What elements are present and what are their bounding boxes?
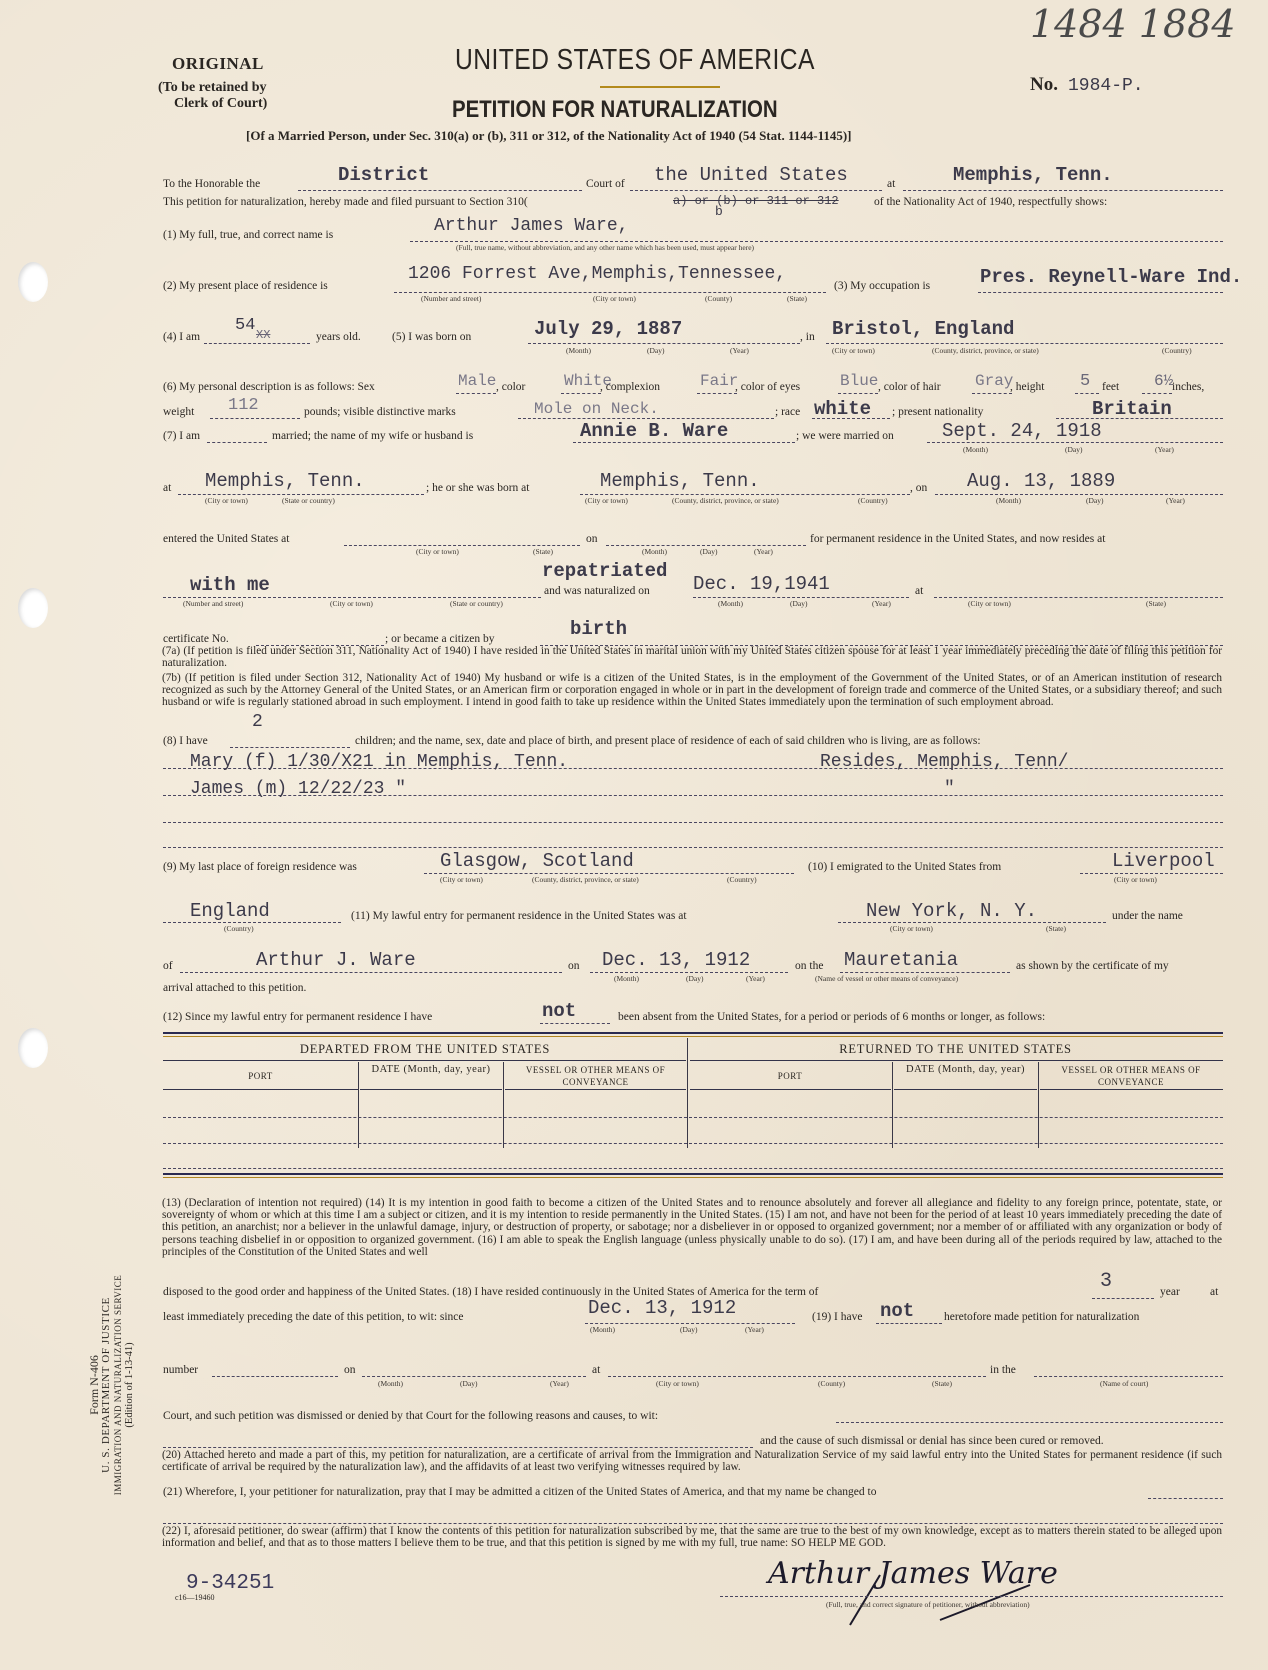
caption: (State or country) (450, 599, 503, 608)
since-date-value: Dec. 13, 1912 (588, 1297, 736, 1319)
caption: (Year) (746, 974, 765, 983)
caption: (State) (1046, 924, 1066, 933)
caption: (Year) (872, 599, 891, 608)
absent-value: not (542, 1000, 576, 1022)
item7-label: (7) I am (163, 430, 200, 442)
caption: (State) (1146, 599, 1166, 608)
arrival-label: arrival attached to this petition. (163, 982, 306, 994)
entered-on-field[interactable] (606, 545, 806, 546)
married-on-label: ; we were married on (796, 430, 894, 442)
children-count-value: 2 (252, 712, 263, 732)
item7a-text: (7a) (If petition is filed under Section… (162, 645, 1222, 669)
table-row[interactable] (163, 1117, 1223, 1118)
caption: (City or town) (832, 346, 875, 355)
caption: (Year) (745, 1325, 764, 1334)
child-2-residence: " (944, 779, 955, 799)
hair-value: Gray (975, 372, 1013, 390)
retained-note-1: (To be retained by (158, 80, 267, 96)
spouse-born-at-value: Memphis, Tenn. (600, 470, 760, 492)
color-label: , color (496, 381, 525, 393)
height-feet-field[interactable] (1075, 393, 1099, 394)
caption: (Day) (1065, 445, 1083, 454)
form-id-block: Form N-406 U. S. DEPARTMENT OF JUSTICE I… (88, 1265, 136, 1505)
court-at-label: at (887, 178, 895, 190)
statute-line: [Of a Married Person, under Sec. 310(a) … (246, 128, 852, 144)
returned-header: RETURNED TO THE UNITED STATES (688, 1042, 1223, 1057)
inches-label: inches, (1172, 381, 1204, 393)
col-header-date: DATE (Month, day, year) (893, 1064, 1038, 1076)
sex-value: Male (458, 372, 496, 390)
retained-note-2: Clerk of Court) (174, 96, 267, 112)
caption: (City or town) (656, 1379, 699, 1388)
item1-caption: (Full, true name, without abbreviation, … (456, 243, 754, 252)
child-2-entry: James (m) 12/22/23 " (190, 779, 406, 799)
sex-field[interactable] (456, 393, 496, 394)
document-title: UNITED STATES OF AMERICA (455, 44, 815, 77)
married-on-value: Sept. 24, 1918 (942, 420, 1102, 442)
child-1-entry: Mary (f) 1/30/X21 in Memphis, Tenn. (190, 752, 568, 772)
residence-term-field[interactable] (1092, 1298, 1154, 1299)
caption: (Year) (1155, 445, 1174, 454)
caption: (Month) (590, 1325, 615, 1334)
entry-place-field[interactable] (838, 922, 1106, 923)
item3-label: (3) My occupation is (834, 280, 930, 292)
spouse-born-at-field[interactable] (580, 494, 910, 495)
age-field[interactable] (204, 343, 310, 344)
item12-label: (12) Since my lawful entry for permanent… (163, 1011, 432, 1023)
entry-name-field[interactable] (180, 972, 562, 973)
child-row-4[interactable] (163, 847, 1223, 848)
married-at-label: at (163, 482, 171, 494)
form-number: Form N-406 (88, 1265, 100, 1505)
item6-label: (6) My personal description is as follow… (163, 381, 375, 393)
caption: (Month) (718, 599, 743, 608)
feet-label: feet (1102, 381, 1119, 393)
title-underline (600, 86, 720, 88)
caption: (County, district, province, or state) (532, 875, 639, 884)
naturalized-on-value: Dec. 19,1941 (693, 573, 830, 595)
caption: (Number and street) (421, 294, 481, 303)
weight-label: weight (163, 406, 194, 418)
caption: (Day) (647, 346, 665, 355)
caption: (Number and street) (183, 599, 243, 608)
caption: (Day) (680, 1325, 698, 1334)
citizen-by-label: ; or became a citizen by (385, 633, 495, 645)
item19-label: (19) I have (812, 1311, 862, 1323)
item4-label: (4) I am (163, 331, 200, 343)
item4-suffix: years old. (316, 331, 361, 343)
dismissed-court-text: Court, and such petition was dismissed o… (163, 1410, 658, 1422)
birth-date-field[interactable] (528, 343, 800, 344)
occupation-field[interactable] (978, 292, 1223, 293)
shown-label: as shown by the certificate of my (1016, 960, 1169, 972)
court-prefix: To the Honorable the (163, 178, 260, 190)
item2-label: (2) My present place of residence is (163, 280, 328, 292)
caption: (Name of vessel or other means of convey… (815, 974, 958, 983)
child-1-residence: Resides, Memphis, Tenn/ (820, 752, 1068, 772)
col-header-port: PORT (688, 1071, 892, 1081)
resides-field[interactable] (163, 597, 541, 598)
prior-petition-value: not (880, 1300, 914, 1322)
table-row[interactable] (163, 1143, 1223, 1144)
caption: (Day) (460, 1379, 478, 1388)
name-change-field[interactable] (1148, 1498, 1223, 1499)
caption: (County, district, province, or state) (672, 496, 779, 505)
court-type-field[interactable] (298, 190, 582, 191)
repatriated-value: repatriated (542, 560, 667, 582)
petition-line-pre: This petition for naturalization, hereby… (163, 196, 528, 208)
document-subtitle: PETITION FOR NATURALIZATION (452, 96, 778, 124)
foreign-residence-field[interactable] (424, 873, 794, 874)
vessel-field[interactable] (840, 972, 1010, 973)
caption: (Country) (1162, 346, 1192, 355)
full-name-field[interactable] (410, 241, 1223, 242)
resides-value: with me (190, 574, 270, 596)
height-feet-value: 5 (1080, 372, 1090, 391)
signature-caption: (Full, true, and correct signature of pe… (826, 1600, 1030, 1609)
entry-name-value: Arthur J. Ware (256, 949, 416, 971)
married-status-field[interactable] (207, 442, 267, 443)
married-label: married; the name of my wife or husband … (272, 430, 473, 442)
entered-at-field[interactable] (344, 545, 580, 546)
caption: (Month) (996, 496, 1021, 505)
cured-text: and the cause of such dismissal or denia… (760, 1435, 1104, 1447)
weight-value: 112 (228, 396, 259, 415)
section-insert: b (715, 204, 723, 219)
eyes-field[interactable] (838, 393, 878, 394)
original-label: ORIGINAL (172, 54, 264, 74)
caption: (City or town) (1114, 875, 1157, 884)
certificate-label: certificate No. (163, 633, 229, 645)
caption: (State) (533, 547, 553, 556)
prior-place-field[interactable] (608, 1376, 986, 1377)
prior-at-label: at (592, 1364, 600, 1376)
caption: (Year) (754, 547, 773, 556)
race-value: white (814, 398, 871, 420)
caption: (State or country) (282, 496, 335, 505)
spouse-born-on-field[interactable] (935, 494, 1223, 495)
color-field[interactable] (561, 393, 601, 394)
married-on-field[interactable] (927, 442, 1223, 443)
birth-place-value: Bristol, England (832, 318, 1014, 340)
caption: (Year) (1166, 496, 1185, 505)
caption: (Month) (963, 445, 988, 454)
caption: (Country) (858, 496, 888, 505)
age-struck: XX (256, 328, 270, 342)
caption: (Day) (686, 974, 704, 983)
citizen-by-value: birth (570, 618, 627, 640)
caption: (City or town) (416, 547, 459, 556)
prior-court-field[interactable] (1034, 1376, 1223, 1377)
court-location-value: Memphis, Tenn. (953, 164, 1113, 186)
spouse-born-on-value: Aug. 13, 1889 (967, 470, 1115, 492)
form-department: U. S. DEPARTMENT OF JUSTICE (100, 1265, 112, 1505)
absent-field[interactable] (540, 1023, 610, 1024)
entered-label: entered the United States at (163, 533, 289, 545)
departed-header: DEPARTED FROM THE UNITED STATES (163, 1042, 687, 1057)
of-label: of (163, 960, 173, 972)
caption: (City or town) (593, 294, 636, 303)
punch-hole (18, 588, 48, 628)
naturalized-label: and was naturalized on (544, 585, 650, 597)
caption: (Year) (550, 1379, 569, 1388)
caption: (County) (818, 1379, 845, 1388)
caption: (City or town) (968, 599, 1011, 608)
children-count-field[interactable] (230, 747, 350, 748)
items13-17-text: (13) (Declaration of intention not requi… (162, 1197, 1222, 1258)
caption: (Month) (378, 1379, 403, 1388)
eyes-label: , color of eyes (735, 381, 800, 393)
emigrated-city-field[interactable] (1080, 873, 1223, 874)
item5-label: (5) I was born on (392, 331, 471, 343)
entry-on-label: on (568, 960, 580, 972)
table-row[interactable] (163, 1168, 1223, 1169)
prior-on-label: on (344, 1364, 356, 1376)
court-of-label: Court of (586, 178, 625, 190)
year-at-label: at (1210, 1286, 1218, 1298)
height-inches-value: 6½ (1154, 372, 1173, 390)
marks-value: Mole on Neck. (534, 400, 659, 418)
complexion-field[interactable] (697, 393, 737, 394)
year-label: year (1160, 1286, 1180, 1298)
full-name-value: Arthur James Ware, (434, 216, 628, 236)
court-of-value: the United States (654, 164, 848, 186)
emigrated-city-value: Liverpool (1112, 850, 1215, 872)
entry-place-value: New York, N. Y. (866, 900, 1037, 922)
on-the-label: on the (795, 960, 823, 972)
spouse-value: Annie B. Ware (580, 420, 728, 442)
entered-on-label: on (586, 533, 598, 545)
naturalized-on-field[interactable] (693, 597, 909, 598)
item7b-text: (7b) (If petition is filed under Section… (162, 672, 1222, 709)
nationality-value: Britain (1092, 398, 1172, 420)
caption: (City or town) (890, 924, 933, 933)
prior-number-field[interactable] (212, 1376, 338, 1377)
col-header-vessel: VESSEL OR OTHER MEANS OF CONVEYANCE (504, 1064, 687, 1088)
age-value: 54 (235, 316, 255, 335)
col-header-vessel: VESSEL OR OTHER MEANS OF CONVEYANCE (1039, 1064, 1223, 1088)
caption: (Day) (1086, 496, 1104, 505)
caption: (Country) (727, 875, 757, 884)
emigrated-country-field[interactable] (163, 922, 341, 923)
section-struck-text: a) or (b) or 311 or 312 (673, 194, 839, 208)
item5-in-label: , in (800, 331, 815, 343)
prior-date-field[interactable] (362, 1376, 586, 1377)
file-number: 9-34251 (186, 1572, 274, 1595)
caption: (Year) (730, 346, 749, 355)
married-at-value: Memphis, Tenn. (205, 470, 365, 492)
spouse-born-on-label: , on (910, 482, 927, 494)
item22-text: (22) I, aforesaid petitioner, do swear (… (162, 1525, 1222, 1549)
born-at-label: ; he or she was born at (426, 482, 529, 494)
signature-field[interactable] (720, 1596, 1223, 1597)
marks-field[interactable] (518, 418, 774, 419)
caption: (City or town) (205, 496, 248, 505)
caption: (Name of court) (1100, 1379, 1148, 1388)
nationality-label: ; present nationality (892, 406, 983, 418)
corner-handwritten-number: 1484 1884 (1030, 2, 1236, 46)
number-label: No. (1030, 74, 1058, 96)
item9-label: (9) My last place of foreign residence w… (163, 861, 357, 873)
pounds-label: pounds; visible distinctive marks (304, 406, 456, 418)
height-label: , height (1010, 381, 1045, 393)
form-edition: (Edition of 1-13-41) (124, 1265, 136, 1505)
caption: (Month) (566, 346, 591, 355)
col-header-port: PORT (163, 1071, 358, 1081)
petition-line-post: of the Nationality Act of 1940, respectf… (874, 196, 1107, 208)
caption: (Day) (700, 547, 718, 556)
caption: (State) (787, 294, 807, 303)
under-name-label: under the name (1112, 910, 1183, 922)
item11-label: (11) My lawful entry for permanent resid… (351, 910, 687, 922)
caption: (City or town) (585, 496, 628, 505)
hair-label: , color of hair (878, 381, 941, 393)
entry-date-field[interactable] (590, 972, 788, 973)
complexion-value: Fair (700, 372, 738, 390)
spouse-field[interactable] (573, 442, 795, 443)
print-code: c16—19460 (175, 1593, 215, 1602)
item20-text: (20) Attached hereto and made a part of … (162, 1449, 1222, 1473)
item12-suffix: been absent from the United States, for … (618, 1011, 1045, 1023)
punch-hole (18, 262, 48, 302)
form-service: IMMIGRATION AND NATURALIZATION SERVICE (112, 1265, 124, 1505)
item8-label: (8) I have (163, 735, 208, 747)
birth-date-value: July 29, 1887 (534, 318, 682, 340)
child-row-3[interactable] (163, 822, 1223, 823)
since-date-field[interactable] (585, 1323, 795, 1324)
entry-date-value: Dec. 13, 1912 (602, 949, 750, 971)
item1-label: (1) My full, true, and correct name is (163, 229, 333, 241)
residence-term-value: 3 (1100, 1270, 1112, 1293)
complexion-label: , complexion (600, 381, 660, 393)
birth-place-field[interactable] (826, 343, 1223, 344)
name-change-field-2[interactable] (163, 1523, 1223, 1524)
hair-field[interactable] (972, 393, 1012, 394)
caption: (Day) (790, 599, 808, 608)
occupation-value: Pres. Reynell-Ware Ind. (980, 266, 1242, 288)
eyes-value: Blue (840, 372, 878, 390)
weight-field[interactable] (210, 418, 300, 419)
married-at-field[interactable] (178, 494, 424, 495)
court-type-value: District (338, 164, 429, 186)
prior-in-the-label: in the (990, 1364, 1016, 1376)
caption: (State) (932, 1379, 952, 1388)
item8-text: children; and the name, sex, date and pl… (355, 735, 981, 747)
item21-text: (21) Wherefore, I, your petitioner for n… (163, 1486, 876, 1498)
petition-number: 1984-P. (1068, 76, 1144, 96)
caption: (Month) (642, 547, 667, 556)
caption: (City or town) (440, 875, 483, 884)
foreign-residence-value: Glasgow, Scotland (440, 850, 634, 872)
punch-hole (18, 1028, 48, 1068)
caption: (Month) (614, 974, 639, 983)
naturalization-petition-page: 1484 1884 ORIGINAL (To be retained by Cl… (0, 0, 1268, 1670)
caption: (County, district, province, or state) (932, 346, 1039, 355)
residence-value: 1206 Forrest Ave,Memphis,Tennessee, (408, 264, 786, 284)
caption: (County) (705, 294, 732, 303)
prior-number-label: number (163, 1364, 198, 1376)
dismissal-reasons-field[interactable] (836, 1422, 1223, 1423)
height-inches-field[interactable] (1142, 393, 1172, 394)
residence-field[interactable] (394, 292, 826, 293)
vessel-value: Mauretania (844, 949, 958, 971)
col-header-date: DATE (Month, day, year) (359, 1064, 503, 1076)
caption: (Country) (224, 924, 254, 933)
permanent-label: for permanent residence in the United St… (810, 533, 1105, 545)
dismissal-reasons-field-2[interactable] (163, 1447, 753, 1448)
emigrated-country-value: England (190, 900, 270, 922)
item10-label: (10) I emigrated to the United States fr… (808, 861, 1001, 873)
naturalized-at-label: at (915, 585, 923, 597)
court-of-field[interactable] (630, 190, 882, 191)
court-location-field[interactable] (903, 190, 1223, 191)
caption: (City or town) (330, 599, 373, 608)
item19-suffix: heretofore made petition for naturalizat… (944, 1311, 1139, 1323)
naturalized-at-field[interactable] (934, 597, 1223, 598)
race-label: ; race (775, 406, 800, 418)
item18-line2: least immediately preceding the date of … (163, 1311, 464, 1323)
prior-petition-field[interactable] (876, 1323, 942, 1324)
